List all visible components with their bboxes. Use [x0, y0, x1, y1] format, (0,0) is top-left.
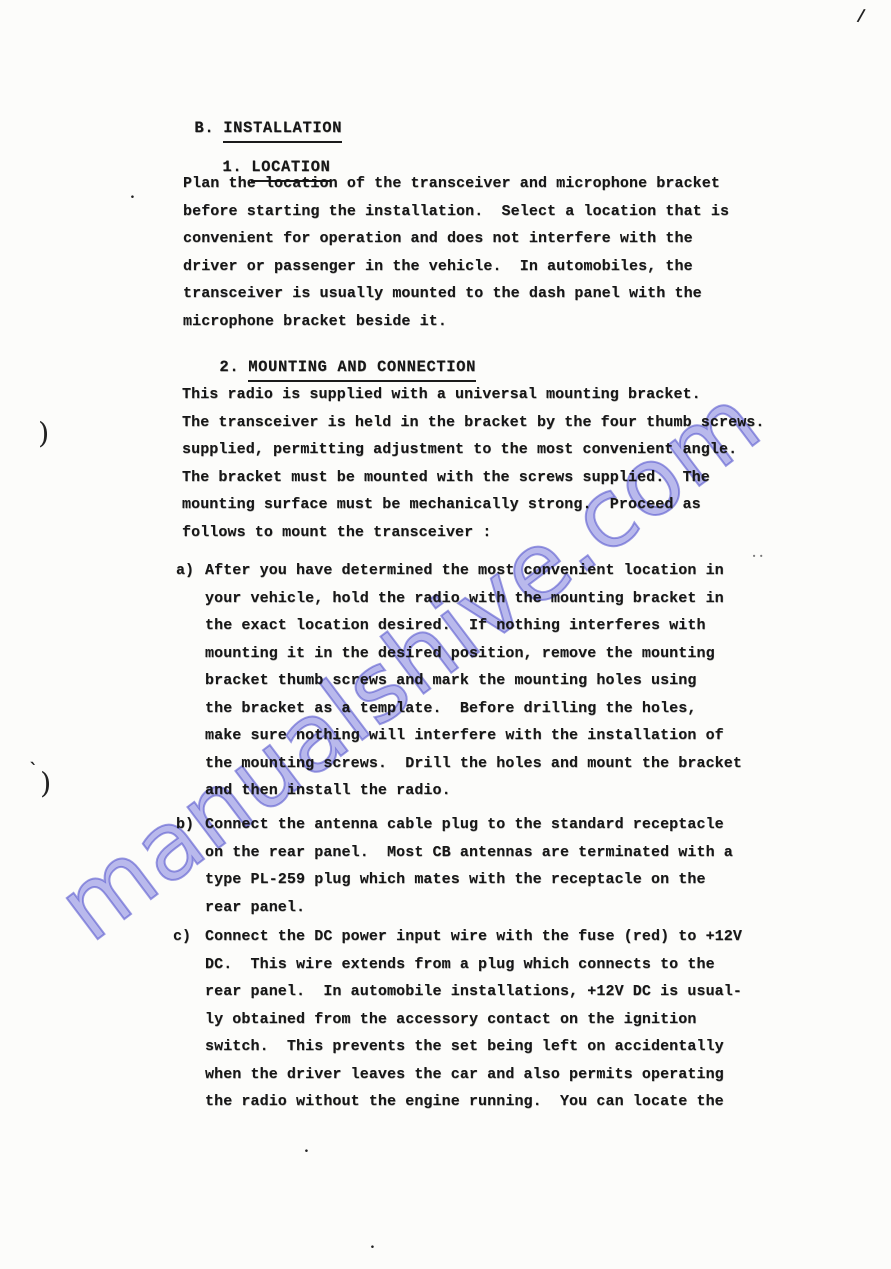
text-line: Connect the DC power input wire with the… — [205, 923, 742, 951]
text-line: This radio is supplied with a universal … — [182, 381, 765, 409]
scan-artifact-paren: ) — [38, 416, 49, 450]
text-line: before starting the installation. Select… — [183, 198, 729, 226]
text-line: the mounting screws. Drill the holes and… — [205, 750, 742, 778]
text-line: Plan the location of the transceiver and… — [183, 170, 729, 198]
text-line: rear panel. — [205, 894, 733, 922]
paragraph-mounting-intro: This radio is supplied with a universal … — [182, 381, 765, 546]
text-line: The transceiver is held in the bracket b… — [182, 409, 765, 437]
text-line: the radio without the engine running. Yo… — [205, 1088, 742, 1116]
scan-artifact-dot: . — [370, 1236, 375, 1252]
list-item-a: After you have determined the most conve… — [205, 557, 742, 805]
scanned-manual-page: manualshive.com / ) ` ) . . . .. B.INSTA… — [0, 0, 891, 1269]
section-label: B. — [194, 119, 214, 137]
text-line: transceiver is usually mounted to the da… — [183, 280, 729, 308]
text-line: DC. This wire extends from a plug which … — [205, 951, 742, 979]
text-line: convenient for operation and does not in… — [183, 225, 729, 253]
list-item-b: Connect the antenna cable plug to the st… — [205, 811, 733, 921]
scan-artifact-tick: ` — [29, 760, 38, 781]
scan-artifact-dot: . — [130, 186, 135, 202]
text-line: After you have determined the most conve… — [205, 557, 742, 585]
text-line: mounting it in the desired position, rem… — [205, 640, 742, 668]
text-line: driver or passenger in the vehicle. In a… — [183, 253, 729, 281]
scan-artifact-specks: .. — [752, 546, 766, 560]
list-item-a-label: a) — [176, 557, 194, 585]
text-line: and then install the radio. — [205, 777, 742, 805]
section-title: INSTALLATION — [223, 119, 342, 143]
text-line: supplied, permitting adjustment to the m… — [182, 436, 765, 464]
text-line: the bracket as a template. Before drilli… — [205, 695, 742, 723]
text-line: bracket thumb screws and mark the mounti… — [205, 667, 742, 695]
list-item-c: Connect the DC power input wire with the… — [205, 923, 742, 1116]
text-line: mounting surface must be mechanically st… — [182, 491, 765, 519]
scan-artifact-dot: . — [304, 1140, 309, 1156]
text-line: switch. This prevents the set being left… — [205, 1033, 742, 1061]
text-line: ly obtained from the accessory contact o… — [205, 1006, 742, 1034]
text-line: the exact location desired. If nothing i… — [205, 612, 742, 640]
text-line: microphone bracket beside it. — [183, 308, 729, 336]
text-line: your vehicle, hold the radio with the mo… — [205, 585, 742, 613]
text-line: follows to mount the transceiver : — [182, 519, 765, 547]
text-line: rear panel. In automobile installations,… — [205, 978, 742, 1006]
list-item-b-label: b) — [176, 811, 194, 839]
text-line: The bracket must be mounted with the scr… — [182, 464, 765, 492]
subsection-2-label: 2. — [219, 358, 239, 376]
text-line: when the driver leaves the car and also … — [205, 1061, 742, 1089]
text-line: type PL-259 plug which mates with the re… — [205, 866, 733, 894]
scan-artifact-paren: ) — [40, 766, 51, 800]
text-line: on the rear panel. Most CB antennas are … — [205, 839, 733, 867]
paragraph-location: Plan the location of the transceiver and… — [183, 170, 729, 335]
text-line: make sure nothing will interfere with th… — [205, 722, 742, 750]
text-line: Connect the antenna cable plug to the st… — [205, 811, 733, 839]
subsection-2-title: MOUNTING AND CONNECTION — [248, 358, 476, 382]
list-item-c-label: c) — [173, 923, 191, 951]
